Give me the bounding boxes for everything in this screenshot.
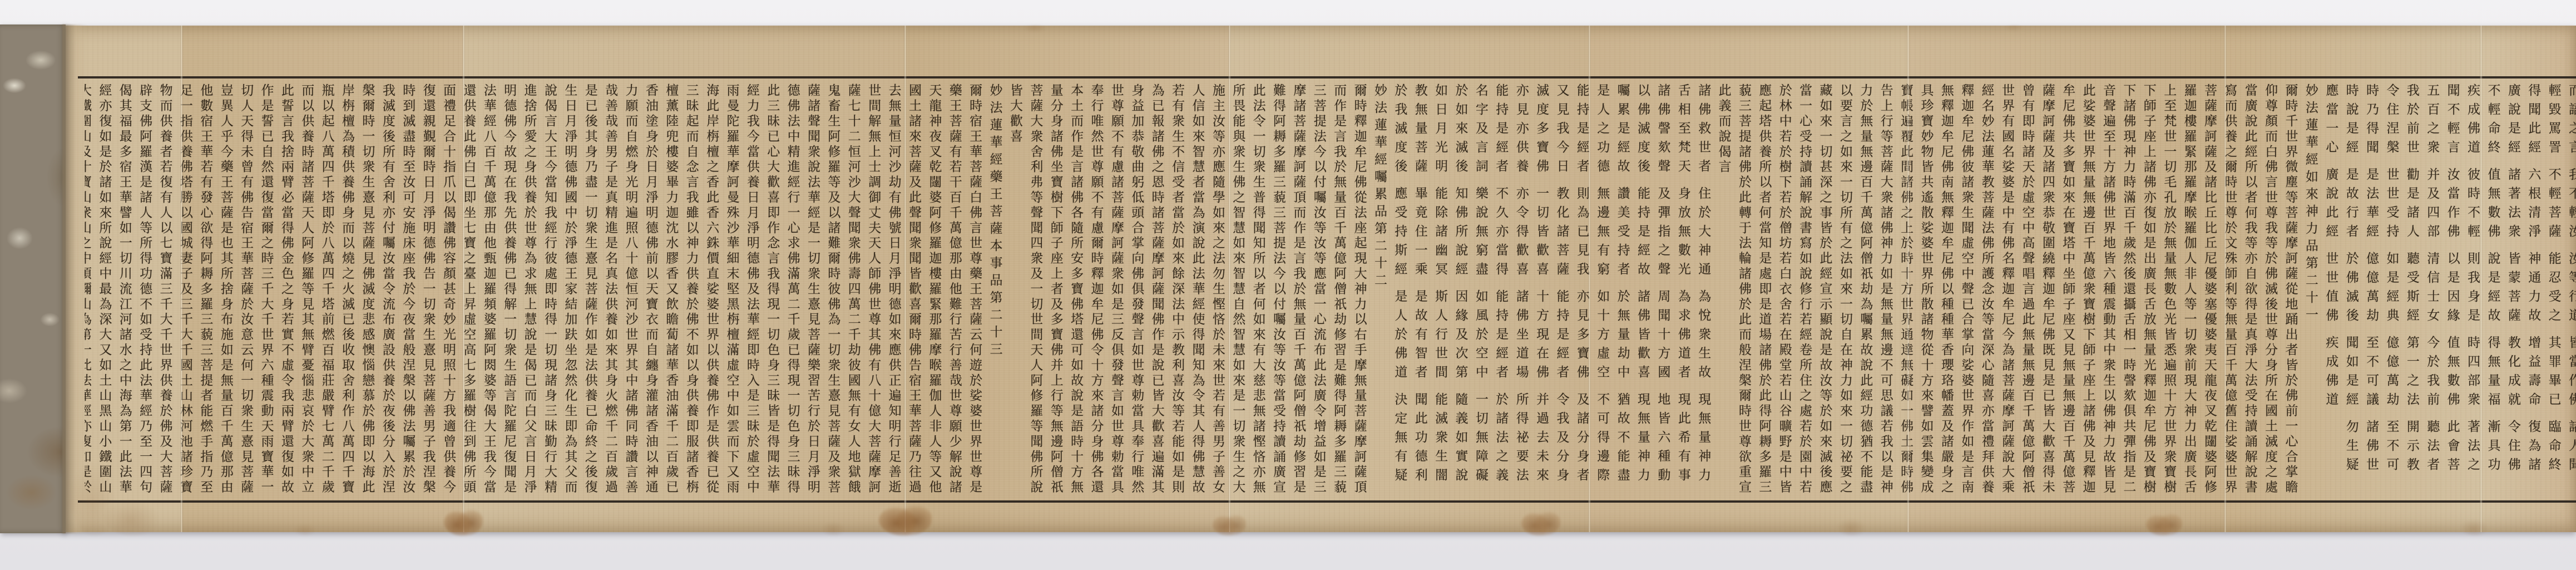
verse-column: 五百之衆并及四部清信士女今於我前聽法者是: [2422, 83, 2442, 498]
verse-group: 不輕命終: [2485, 83, 2500, 159]
verse-column: 而語之言我不輕汝汝等行道皆當作佛諸人聞已: [2564, 83, 2576, 498]
text-column: 當廣說此經所以者何我等亦自欲得是真淨大法受持讀誦解說書: [2239, 83, 2259, 498]
text-column: 寫而供養之爾時世尊於文殊師利等無量百千萬億舊住娑婆世界: [2219, 83, 2239, 498]
text-column: 豈異人乎今藥王菩薩是也其所捨身布施如是無量百千萬億那由: [215, 83, 235, 498]
scroll-end-cap: [0, 24, 66, 533]
text-column: 菩薩摩訶薩及諸比丘比丘尼優婆塞優婆夷天龍夜叉乾闥婆阿修: [2199, 83, 2219, 498]
text-column: 釋迦牟尼佛彼諸衆生聞虛空中聲已合掌向娑婆世界作如是言南: [1956, 83, 1976, 498]
text-column: 世尊願不有慮諸菩薩摩訶薩衆如是三反俱發聲言如世尊勅當具: [1106, 83, 1126, 498]
verse-group: 於如來滅後: [1453, 83, 1468, 178]
verse-group: 時說是經: [2344, 83, 2359, 159]
verse-group: 囑累是經故: [1615, 83, 1630, 178]
verse-group: 世世值佛: [2323, 252, 2338, 327]
verse-group: 教無量菩薩: [1413, 83, 1427, 178]
text-column: 世界有國名娑婆是中有佛名釋迦牟尼今為諸菩薩摩訶薩說大乘: [1997, 83, 2017, 498]
panel-seam: [1588, 26, 1591, 532]
water-stain: [1021, 26, 1049, 35]
verse-group: 值無數佛: [2445, 336, 2460, 411]
verse-column: 時乃得聞是法華經億億萬劫至不可議諸佛世尊: [2361, 83, 2381, 498]
verse-group: 我不輕汝: [2567, 168, 2576, 243]
verse-column: 諸佛謦欬聲及彈指之聲周聞十方國地皆六種動: [1653, 83, 1673, 498]
verse-group: 則為已見我: [1575, 186, 1589, 281]
verse-group: 是故行者: [2344, 168, 2359, 243]
verse-group: 并及四部: [2425, 168, 2439, 243]
text-column: 應起塔供養所以者何當知是處即是道場諸佛於此得阿耨多羅三: [1754, 83, 1774, 498]
text-column: 而作是言我於無量百千萬億阿僧祇劫修習是難得阿耨多羅三藐: [1329, 83, 1349, 498]
text-column: 瓶以起八萬四千塔即於八萬四千塔前燃百福莊嚴臂七萬二千歲: [317, 83, 337, 498]
text-column: 菩薩大衆舍利弗等聲聞四衆及一切世間天人阿修羅等聞佛所說: [1025, 83, 1045, 498]
verse-group: 所得祕要法: [1514, 392, 1529, 487]
text-column: 物而供養者若復有人以七寶滿三千大千世界供養於佛及大菩薩: [155, 83, 175, 498]
text-column: 薩摩訶薩及諸四衆恭敬圍繞釋迦牟尼佛既見是已皆大歡喜得未: [2037, 83, 2057, 498]
text-column: 於林中若於樹下若於僧坊若白衣舍若在殿堂若山谷曠野是中皆: [1774, 83, 1794, 498]
text-column: 奉行唯然世尊願不有慮爾時釋迦牟尼佛令十方來諸分身佛各還: [1086, 83, 1106, 498]
text-column: 香油塗身於日月淨明德佛前以天寶衣而自纏身灌諸香油以神通: [641, 83, 661, 498]
verse-group: 及諸分身者: [1575, 392, 1589, 487]
verse-group: 亦見亦供養: [1514, 83, 1529, 178]
verse-group: 其罪畢已: [2547, 336, 2561, 411]
verse-group: 廣說此經: [2323, 168, 2338, 243]
verse-group: 第一之法: [2405, 336, 2419, 411]
verse-group: 如十方虛空: [1595, 289, 1609, 384]
text-column: 偈其福最多宿王華譬如一切川流江河諸水之中海為第一此法華: [114, 83, 134, 498]
text-column: 岸栴檀為積供養佛身而以燒之火滅已後收取舍利作八萬四千寶: [337, 83, 357, 498]
verse-column: 於如來滅後知佛所說經因緣及次第隨義如實說: [1450, 83, 1470, 498]
panel-seam: [2480, 26, 2483, 532]
verse-group: 讚美受持者: [1615, 186, 1630, 281]
verse-group: 神通力故: [2526, 252, 2540, 327]
verse-column: 亦見亦供養亦令得歡喜諸佛坐道場所得祕要法: [1511, 83, 1531, 498]
verse-group: 得無量福: [2485, 336, 2500, 411]
text-column: 上至梵世一切毛孔放於無量無數色光皆悉遍照十方世界衆寶樹: [2159, 83, 2179, 498]
water-stain: [294, 521, 318, 535]
verse-column: 廣說是經諸著法衆皆蒙菩薩教化成就令住佛道: [2503, 83, 2523, 498]
text-column: 我滅度後所有舍利亦付囑汝當令流布廣設供養於夜後分入於涅: [377, 83, 397, 498]
verse-group: 能持是經者: [1575, 83, 1589, 178]
text-column: 難得阿耨多羅三藐三菩提法今以付囑汝等汝等當受持讀誦廣宣: [1268, 83, 1288, 498]
text-column: 經力我今當供養日月淨明德佛及法華經即時入是三昧於虛空中: [741, 83, 762, 498]
verse-group: 諸佛謦欬聲: [1655, 83, 1670, 178]
verse-group: 能持是經者: [1554, 289, 1569, 384]
verse-column: 時說是經是故行者於佛滅後聞如是經勿生疑惑: [2341, 83, 2361, 498]
text-column: 爾時釋迦牟尼佛從法座起現大神力以右手摩無量菩薩摩訶薩頂: [1349, 83, 1369, 498]
verse-group: 聞不輕言: [2445, 83, 2460, 159]
verse-group: 時乃得聞: [2364, 83, 2379, 159]
water-stain: [2146, 512, 2182, 535]
water-stain: [2003, 26, 2025, 33]
verse-column: 能持是經者不久亦當得能持是經者於諸法之義: [1491, 83, 1511, 498]
verse-column: 輕毀罵詈不輕菩薩能忍受之其罪畢已臨命終時: [2543, 83, 2563, 498]
chapter-title-column: 妙法蓮華經如來神力品第二十一: [2301, 83, 2321, 498]
verse-group: 皆蒙菩薩: [2506, 252, 2520, 327]
text-column: 當一心受持讀誦解說書寫如說修行若經卷所住之處若於園中若: [1794, 83, 1814, 498]
verse-group: 是故有智者: [1413, 289, 1427, 384]
verse-group: 於諸法之義: [1494, 392, 1508, 487]
verse-group: 為求佛道者: [1676, 289, 1690, 384]
verse-column: 我於前世勸是諸人聽受斯經第一之法開示教人: [2401, 83, 2421, 498]
verse-group: 聞如是經: [2344, 336, 2359, 411]
verse-group: 皆當作佛: [2567, 336, 2576, 411]
text-column: 國土諸來菩薩及此聲聞衆聞皆歡喜爾時佛告宿王華菩薩乃往過: [904, 83, 924, 498]
text-column: 辟支佛阿羅漢是諸人等所得功德不如受持此法華經乃至一四句: [135, 83, 155, 498]
verse-group: 應受持斯經: [1392, 186, 1407, 281]
text-column: 若有衆生不信受者當於如來餘深法中示教利喜汝等若能如是則: [1167, 83, 1187, 498]
text-column: 爾時宿王華菩薩白佛言世尊藥王菩薩云何遊於娑婆世界世尊是: [965, 83, 985, 498]
verse-column: 諸佛救世者住於大神通為悅衆生故現無量神力: [1693, 83, 1713, 498]
verse-group: 十方現在佛: [1534, 289, 1549, 384]
verse-group: 億億萬劫: [2364, 252, 2379, 327]
verse-group: 於無量劫中: [1615, 289, 1630, 384]
text-column: 藐三菩提諸佛於此轉于法輪諸佛於此而般涅槃爾時世尊欲重宣: [1734, 83, 1754, 498]
verse-column: 教無量菩薩畢竟住一乘是故有智者聞此功德利: [1410, 83, 1430, 498]
text-column: 力願而自燃身光明遍照八十億恒河沙世界其中諸佛同時讚言善: [620, 83, 640, 498]
verse-group: 諸佛皆歡喜: [1635, 289, 1650, 384]
verse-group: 以佛滅度後: [1635, 83, 1650, 178]
text-column: 作是誓已自然還復當爾之時三千大千世界六種震動天雨寶華一: [256, 83, 276, 498]
verse-group: 疾成佛道: [2465, 83, 2480, 159]
verse-group: 住於大神通: [1696, 186, 1710, 281]
text-column: 此三昧已心大歡喜即作念言我得現一切色身三昧皆是得聞法華: [762, 83, 782, 498]
verse-column: 名字及言詞樂說無窮盡如風於空中一切無障礙: [1471, 83, 1491, 498]
text-column: 復還親覲爾時日月淨明德佛告一切衆生憙見菩薩善男子我涅槃: [418, 83, 438, 498]
verse-group: 及彈指之聲: [1655, 186, 1670, 281]
text-column: 下師子座上諸佛亦復如是出廣長舌放無量光釋迦牟尼佛及寶樹: [2138, 83, 2158, 498]
verse-group: 身放無數光: [1676, 186, 1690, 281]
verse-group: 現無量神力: [1635, 392, 1650, 487]
verse-column: 令住涅槃世世受持如是經典億億萬劫至不可議: [2381, 83, 2401, 498]
panel-seam: [1907, 26, 1910, 532]
text-column: 告上行等菩薩大衆諸佛神力如是無量無邊不可思議若我以是神: [1875, 83, 1895, 498]
verse-group: 決定無有疑: [1392, 392, 1407, 487]
verse-group: 教化諸菩薩: [1554, 186, 1569, 281]
verse-group: 聞此功德利: [1413, 392, 1427, 487]
text-column: 三菩提法今以付囑汝等汝等應當一心流布此法廣令增益如是三: [1308, 83, 1328, 498]
water-stain: [1213, 513, 1246, 535]
text-column: 音聲遍至十方諸佛世界地皆六種震動其中衆生以佛神力故皆見: [2098, 83, 2118, 498]
text-column: 薩諸聲聞衆說法華經是一切衆生憙見菩薩樂習苦行於日月淨明: [803, 83, 823, 498]
text-column: 雨曼陀羅華摩訶曼殊沙華細末堅黑栴檀滿虛空中如雲而下又雨: [721, 83, 741, 498]
verse-group: 因緣及次第: [1453, 289, 1468, 384]
text-column: 經亦復如是於諸如來所說經中最為深大又如土山黑山小鐵圍山: [94, 83, 114, 498]
verse-group: 於我滅度後: [1392, 83, 1407, 178]
text-column: 大鐵圍山及十寶山衆山之中須彌山為第一此法華經亦復如是於: [85, 83, 94, 498]
verse-group: 不久亦當得: [1494, 186, 1508, 281]
text-column: 此法令一切衆生普得聞知所以者何如來有大慈悲無諸慳悋亦無: [1248, 83, 1268, 498]
text-column: 天龍神夜叉乾闥婆阿修羅迦樓羅緊那羅摩睺羅伽人非人等又他: [924, 83, 944, 498]
verse-group: 以是因緣: [2445, 252, 2460, 327]
verse-group: 能忍受之: [2547, 252, 2561, 327]
panel-seam: [180, 26, 183, 532]
text-column: 他數宿王華若有發心欲得阿耨多羅三藐三菩提者能燃手指乃至: [195, 83, 215, 498]
text-column: 鬼畜生阿修羅等及以諸難爾時彼佛為一切衆生憙見菩薩及衆菩: [823, 83, 843, 498]
text-column: 槃爾時一切衆生憙見菩薩見佛滅度悲感懊惱戀慕於佛即以海此: [357, 83, 377, 498]
verse-group: 為悅衆生故: [1696, 289, 1710, 384]
water-stain: [70, 446, 120, 535]
verse-group: 是人於佛道: [1392, 289, 1407, 384]
verse-group: 六根清淨: [2526, 168, 2540, 243]
verse-group: 於佛滅後: [2344, 252, 2359, 327]
verse-column: 舌相至梵天身放無數光為求佛道者現此希有事: [1673, 83, 1693, 498]
text-column: 說偈言大王今當知我經行彼處即時得一切現諸身三昧勤行大精: [540, 83, 560, 498]
verse-group: 廣說是經: [2506, 83, 2520, 159]
text-column: 以要言之如來一切所有之法如來一切自在神力如來一切祕要之: [1835, 83, 1855, 498]
verse-group: 猶故不能盡: [1615, 392, 1630, 487]
verse-group: 現此希有事: [1676, 392, 1690, 487]
verse-group: 我於前世: [2405, 83, 2419, 159]
verse-group: 輕毀罵詈: [2547, 83, 2561, 159]
verse-column: 囑累是經故讚美受持者於無量劫中猶故不能盡: [1612, 83, 1632, 498]
water-stain: [2461, 517, 2490, 535]
verse-group: 則我身是: [2465, 252, 2480, 327]
text-column: 海此岸栴檀之香此香六銖價直娑婆世界以供養佛作是供養已從: [701, 83, 721, 498]
verse-column: 是人之功德無邊無有窮如十方虛空不可得邊際: [1592, 83, 1612, 498]
text-column: 羅迦樓羅緊那羅摩睺羅伽人非人等一切衆前現大神力出廣長舌: [2179, 83, 2199, 498]
verse-group: 能持是經者: [1494, 289, 1508, 384]
text-column: 切人天得未曾有佛告宿王華菩薩於汝意云何一切衆生憙見菩薩: [236, 83, 256, 498]
panel-seam: [2224, 26, 2227, 532]
verse-group: 是法華經: [2364, 168, 2379, 243]
verse-group: 不可得邊際: [1595, 392, 1609, 487]
verse-group: 彼時不輕: [2465, 168, 2480, 243]
verse-group: 清信士女: [2425, 252, 2439, 327]
verse-group: 斯人行世間: [1433, 289, 1447, 384]
water-stain: [822, 519, 847, 535]
text-column: 藏如來一切甚深之事皆於此經宣示顯說是故汝等於如來滅後應: [1814, 83, 1835, 498]
verse-group: 增益壽命: [2526, 336, 2540, 411]
verse-group: 不輕菩薩: [2547, 168, 2561, 243]
verse-group: 五百之衆: [2425, 83, 2439, 159]
text-column: 德佛法中精進經行一心求佛滿萬二千歲已得現一切色身三昧得: [782, 83, 802, 498]
verse-group: 能滅衆生闇: [1433, 392, 1447, 487]
verse-group: 能持是經者: [1494, 83, 1508, 178]
verse-group: 說是經故: [2485, 252, 2500, 327]
verse-group: 教化成就: [2506, 336, 2520, 411]
verse-group: 令我及分身: [1554, 392, 1569, 487]
text-column: 足一指供養佛塔勝以國城妻子及三千大千國土山林河池諸珍寶: [175, 83, 195, 498]
text-column: 施主汝等亦應隨學如來之法勿生慳悋於未來世若有善男子善女: [1207, 83, 1227, 498]
verse-group: 周聞十方國: [1655, 289, 1670, 384]
water-stain: [444, 508, 483, 535]
verse-column: 應當一心廣說此經世世值佛疾成佛道: [2321, 83, 2341, 498]
verse-group: 勸是諸人: [2405, 168, 2419, 243]
text-column: 去無量恒河沙劫有佛號日月淨明德如來應供正遍知明行足善逝: [883, 83, 903, 498]
verse-group: 應當一心: [2323, 83, 2338, 159]
panel-seam: [1228, 26, 1231, 532]
verse-group: 如風於空中: [1474, 289, 1488, 384]
scroll-photograph: 而語之言我不輕汝汝等行道皆當作佛諸人聞已輕毀罵詈不輕菩薩能忍受之其罪畢已臨命終時…: [0, 0, 2576, 570]
verse-group: 得聞此經: [2526, 83, 2540, 159]
text-column: 此義而說偈言: [1713, 83, 1733, 498]
text-column: 摩諸菩薩摩訶薩頂而作是言我於無量百千萬億阿僧祇劫修習是: [1288, 83, 1308, 498]
verse-group: 滅度多寶佛: [1534, 83, 1549, 178]
text-column: 檀薰陸兜樓婆畢力迦沈水膠香又飲瞻蔔諸華香油滿千二百歲已: [661, 83, 681, 498]
text-column: 藥王菩薩有若干百千萬億那由他難行苦行善哉世尊願少解說諸: [944, 83, 964, 498]
top-ruled-line: [78, 76, 2576, 78]
verse-group: 又見我今日: [1554, 83, 1569, 178]
water-stain: [879, 503, 932, 535]
verse-group: 能除諸幽冥: [1433, 186, 1447, 281]
text-column: 進捨所愛之身供養於世尊為求無上慧說是偈已而白父言日月淨: [519, 83, 539, 498]
water-stain: [1837, 515, 1868, 535]
verse-group: 至不可議: [2364, 336, 2379, 411]
text-column: 為已報諸佛之恩時諸菩薩摩訶薩聞佛作是說已皆大歡喜遍滿其: [1146, 83, 1166, 498]
text-column: 三昧起而自念言我雖以神力供養於佛不如以身供養即服諸香栴: [681, 83, 701, 498]
verse-group: 隨義如實說: [1453, 392, 1468, 487]
text-column: 明德佛今故現在我先供養佛已得解一切衆生語言陀羅尼復聞是: [499, 83, 519, 498]
text-column: 人信如來智慧者當為演說此法華經使得聞知為令其人得佛慧故: [1187, 83, 1207, 498]
verse-column: 又見我今日教化諸菩薩能持是經者令我及分身: [1551, 83, 1571, 498]
text-column: 時到滅盡時至汝可安施床座我於今夜當般涅槃以佛法囑累於汝: [398, 83, 418, 498]
text-column: 面禮足合十指爪以偈讚佛容顏甚奇妙光明照十方我適曾供養今: [438, 83, 458, 498]
verse-group: 地皆六種動: [1655, 392, 1670, 487]
text-column: 爾時千世界微塵等菩薩摩訶薩從地踊出者皆於佛前一心合掌瞻: [2280, 83, 2300, 498]
verse-column: 如日月光明能除諸幽冥斯人行世間能滅衆生闇: [1430, 83, 1450, 498]
verse-column: 聞不輕言汝當作佛以是因緣值無數佛此會菩薩: [2442, 83, 2462, 498]
text-column: 還供養此佛白已即坐七寶之臺上昇虛空高七多羅樹往到佛所頭: [458, 83, 478, 498]
text-column: 具珍寶妙物皆共遙散娑婆世界所散諸物從十方來譬如雲集變成: [1916, 83, 1936, 498]
verse-group: 疾成佛道: [2323, 336, 2338, 411]
verse-column: 以佛滅度後能持是經故諸佛皆歡喜現無量神力: [1633, 83, 1653, 498]
text-column: 量分身諸佛坐寶樹下師子座上者及多寶佛并上行等無邊阿僧祇: [1045, 83, 1065, 498]
panel-seam: [904, 26, 907, 532]
text-column: 薩七十二恒河沙大聲聞衆佛壽四萬二千劫彼國無有女人地獄餓: [843, 83, 863, 498]
verse-group: 能持是經故: [1635, 186, 1650, 281]
text-column: 本土而作是言諸佛各隨所安多寶佛塔還可如故說是語時十方無: [1066, 83, 1086, 498]
verse-group: 名字及言詞: [1474, 83, 1488, 178]
text-column: 世間解無上士調御丈夫天人師佛世尊其佛有八十億大菩薩摩訶: [863, 83, 883, 498]
verse-column: 於我滅度後應受持斯經是人於佛道決定無有疑: [1390, 83, 1410, 498]
verse-group: 亦令得歡喜: [1514, 186, 1529, 281]
verse-group: 現無量神力: [1696, 392, 1710, 487]
verse-group: 并過去未來: [1534, 392, 1549, 487]
verse-group: 諸佛救世者: [1696, 83, 1710, 178]
text-column: 仰尊顏而白佛言世尊我等於佛滅後世尊分身所在國土滅度之處: [2260, 83, 2280, 498]
text-column: 哉善哉善男子是真精進是名真法供養如來其身火燃千二百歲過: [600, 83, 620, 498]
text-column: 皆大歡喜: [1005, 83, 1025, 498]
verse-group: 諸佛坐道場: [1514, 289, 1529, 384]
verse-group: 值無數佛: [2485, 168, 2500, 243]
text-column: 牟尼佛共多寶如來在寶塔中坐師子座又見無量無邊百千萬億菩: [2058, 83, 2078, 498]
verse-group: 無邊無有窮: [1595, 186, 1609, 281]
verse-group: 一切無障礙: [1474, 392, 1488, 487]
verse-column: 不輕命終值無數佛說是經故得無量福漸具功德: [2483, 83, 2503, 498]
verse-group: 一切皆歡喜: [1534, 186, 1549, 281]
text-column: 此誓言我捨兩臂必當得佛金色之身若實不虛令我兩臂還復如故: [276, 83, 296, 498]
text-column: 法華經八百千萬億那由他甄迦羅頻婆羅阿閦婆等偈大王我今當: [478, 83, 498, 498]
verse-group: 知佛所說經: [1453, 186, 1468, 281]
text-column: 力於無量無邊百千萬億阿僧祇劫為囑累故說此經功德猶不能盡: [1855, 83, 1875, 498]
text-column: 下諸佛現神力時滿百千歲然後還攝舌相一時謦欬俱共彈指是二: [2118, 83, 2138, 498]
verse-group: 畢竟住一乘: [1413, 186, 1427, 281]
verse-group: 世世受持: [2384, 168, 2399, 243]
verse-group: 舌相至梵天: [1676, 83, 1690, 178]
verse-group: 今於我前: [2425, 336, 2439, 411]
sutra-text-area: 而語之言我不輕汝汝等行道皆當作佛諸人聞已輕毀罵詈不輕菩薩能忍受之其罪畢已臨命終時…: [85, 83, 2576, 498]
text-column: 曾有即時諸天於虛空中高聲唱言過此無量無邊百千萬億阿僧祇: [2017, 83, 2037, 498]
verse-group: 億億萬劫: [2384, 336, 2399, 411]
text-column: 此娑婆世界無量無邊百千萬億衆寶樹下師子座上諸佛及見釋迦: [2078, 83, 2098, 498]
verse-group: 如是經典: [2384, 252, 2399, 327]
text-column: 寶帳遍覆此間諸佛之上於時十方世界通達無礙如一佛土爾時佛: [1896, 83, 1916, 498]
text-column: 身益加恭敬曲躬低頭合掌向佛俱發聲言如世尊勅當具奉行唯然: [1126, 83, 1146, 498]
text-column: 是已後其身乃盡一切衆生憙見菩薩作如是法供養已命終之後復: [580, 83, 600, 498]
verse-group: 而語之言: [2567, 83, 2576, 159]
verse-group: 時四部衆: [2465, 336, 2480, 411]
water-stain: [1521, 510, 1560, 535]
text-column: 而以供養時諸菩薩天人阿修羅等見其無臂憂惱悲哀於大衆中立: [296, 83, 317, 498]
text-column: 經名妙法蓮華教菩薩法佛所護念汝等當深心隨喜亦當禮拜供養: [1976, 83, 1996, 498]
text-column: 生日月淨明德佛國中於淨德王家結加趺坐忽然化生即為其父而: [560, 83, 580, 498]
verse-group: 汝等行道: [2567, 252, 2576, 327]
verse-group: 亦見多寶佛: [1575, 289, 1589, 384]
verse-group: 汝當作佛: [2445, 168, 2460, 243]
verse-column: 得聞此經六根清淨神通力故增益壽命復為諸人: [2523, 83, 2543, 498]
bottom-ruled-line: [78, 500, 2576, 503]
verse-group: 諸著法衆: [2506, 168, 2520, 243]
panel-seam: [462, 26, 465, 532]
verse-group: 聽受斯經: [2405, 252, 2419, 327]
text-column: 無釋迦牟尼佛南無釋迦牟尼佛以種種華香瓔珞幡蓋及諸嚴身之: [1936, 83, 1956, 498]
chapter-title-column: 妙法蓮華經藥王菩薩本事品第二十三: [985, 83, 1005, 498]
chapter-title-column: 妙法蓮華經囑累品第二十二: [1369, 83, 1390, 498]
verse-group: 樂說無窮盡: [1474, 186, 1488, 281]
verse-column: 滅度多寶佛一切皆歡喜十方現在佛并過去未來: [1531, 83, 1551, 498]
verse-group: 令住涅槃: [2384, 83, 2399, 159]
verse-group: 如日月光明: [1433, 83, 1447, 178]
verse-group: 是人之功德: [1595, 83, 1609, 178]
